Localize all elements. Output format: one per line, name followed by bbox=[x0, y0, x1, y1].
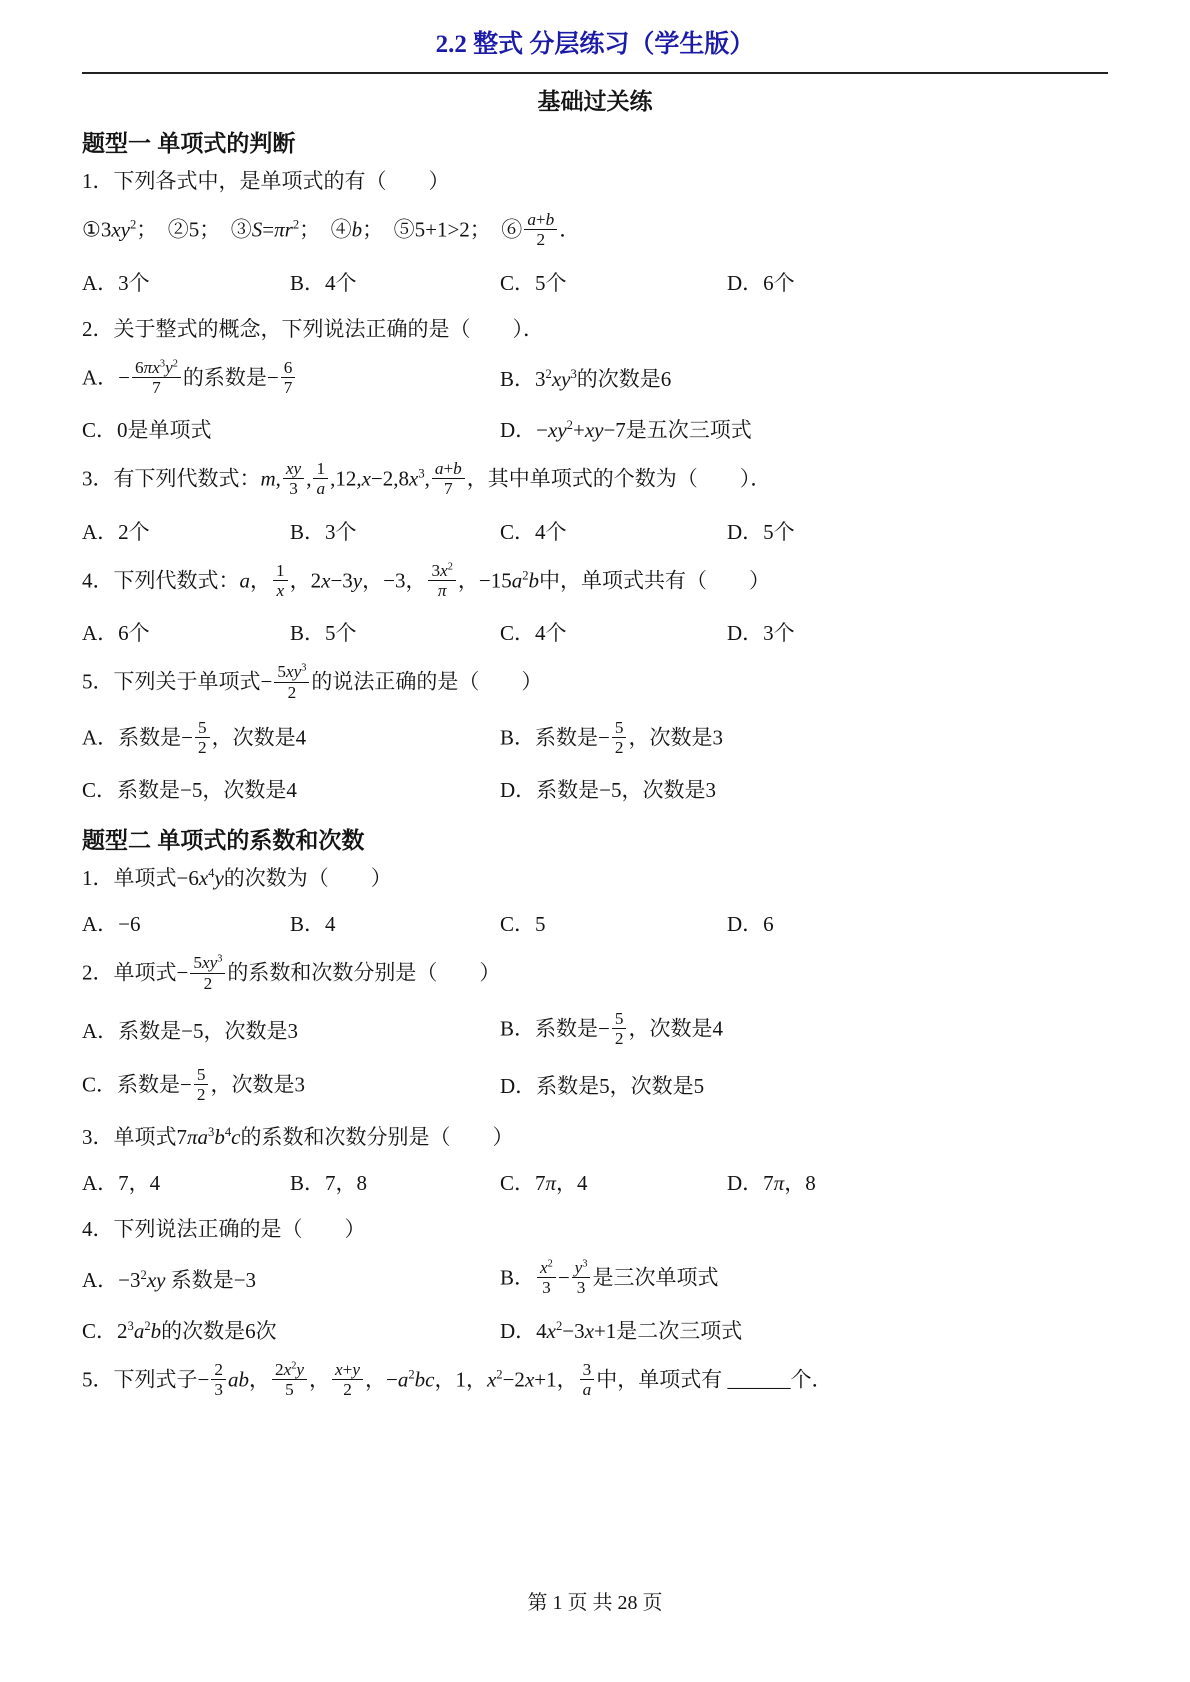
t2-q2-options-row2: C．系数是−52，次数是3 D．系数是5，次数是5 bbox=[82, 1067, 1108, 1107]
option-d: D．−xy2+xy−7是五次三项式 bbox=[500, 415, 1108, 445]
option-b: B．7，8 bbox=[290, 1168, 500, 1198]
option-c: C．5 bbox=[500, 909, 727, 939]
option-a: A．−6 bbox=[82, 909, 290, 939]
t2-q4-stem: 4．下列说法正确的是（ ） bbox=[82, 1214, 1108, 1244]
option-c: C．系数是−52，次数是3 bbox=[82, 1067, 500, 1107]
t1-q5-options-row2: C．系数是−5，次数是4 D．系数是−5，次数是3 bbox=[82, 775, 1108, 805]
option-b: B．32xy3的次数是6 bbox=[500, 364, 1108, 394]
option-b: B．x23−y33是三次单项式 bbox=[500, 1260, 1108, 1300]
option-c: C．4个 bbox=[500, 618, 727, 648]
t2-q5-stem: 5．下列式子−23ab，2x2y5，x+y2，−a2bc，1，x2−2x+1，3… bbox=[82, 1362, 1108, 1402]
option-b: B．4个 bbox=[290, 268, 500, 298]
option-a: A．2个 bbox=[82, 517, 290, 547]
t1-q1-options: A．3个 B．4个 C．5个 D．6个 bbox=[82, 268, 1108, 298]
option-a: A．−6πx3y27的系数是−67 bbox=[82, 360, 500, 400]
option-b: B．3个 bbox=[290, 517, 500, 547]
title-divider bbox=[82, 72, 1108, 74]
t2-q1-options: A．−6 B．4 C．5 D．6 bbox=[82, 909, 1108, 939]
option-d: D．7π，8 bbox=[727, 1168, 1108, 1198]
option-d: D．6个 bbox=[727, 268, 1108, 298]
option-a: A．3个 bbox=[82, 268, 290, 298]
option-d: D．3个 bbox=[727, 618, 1108, 648]
option-a: A．−32xy 系数是−3 bbox=[82, 1265, 500, 1295]
section-heading: 基础过关练 bbox=[82, 86, 1108, 116]
t2-q1-stem: 1．单项式−6x4y的次数为（ ） bbox=[82, 863, 1108, 893]
option-d: D．系数是5，次数是5 bbox=[500, 1071, 1108, 1101]
t2-q2-options-row1: A．系数是−5，次数是3 B．系数是−52，次数是4 bbox=[82, 1011, 1108, 1051]
option-a: A．7，4 bbox=[82, 1168, 290, 1198]
t2-q3-stem: 3．单项式7πa3b4c的系数和次数分别是（ ） bbox=[82, 1122, 1108, 1152]
t1-q5-options-row1: A．系数是−52，次数是4 B．系数是−52，次数是3 bbox=[82, 720, 1108, 760]
option-c: C．系数是−5，次数是4 bbox=[82, 775, 500, 805]
option-d: D．系数是−5，次数是3 bbox=[500, 775, 1108, 805]
option-c: C．4个 bbox=[500, 517, 727, 547]
option-b: B．系数是−52，次数是4 bbox=[500, 1011, 1108, 1051]
t1-q2-options-row2: C．0是单项式 D．−xy2+xy−7是五次三项式 bbox=[82, 415, 1108, 445]
t1-q4-options: A．6个 B．5个 C．4个 D．3个 bbox=[82, 618, 1108, 648]
option-c: C．5个 bbox=[500, 268, 727, 298]
option-c: C．7π，4 bbox=[500, 1168, 727, 1198]
t1-q2-stem: 2．关于整式的概念，下列说法正确的是（ ）． bbox=[82, 314, 1108, 344]
option-d: D．4x2−3x+1是二次三项式 bbox=[500, 1316, 1108, 1346]
t2-q3-options: A．7，4 B．7，8 C．7π，4 D．7π，8 bbox=[82, 1168, 1108, 1198]
option-b: B．5个 bbox=[290, 618, 500, 648]
topic1-heading: 题型一 单项式的判断 bbox=[82, 128, 1108, 158]
t1-q1-stem: 1．下列各式中，是单项式的有（ ） bbox=[82, 166, 1108, 196]
page-footer: 第 1 页 共 28 页 bbox=[82, 1588, 1108, 1618]
worksheet-page: 2.2 整式 分层练习（学生版） 基础过关练 题型一 单项式的判断 1．下列各式… bbox=[0, 0, 1190, 1682]
option-c: C．0是单项式 bbox=[82, 415, 500, 445]
option-b: B．系数是−52，次数是3 bbox=[500, 720, 1108, 760]
option-b: B．4 bbox=[290, 909, 500, 939]
option-a: A．系数是−5，次数是3 bbox=[82, 1016, 500, 1046]
option-c: C．23a2b的次数是6次 bbox=[82, 1316, 500, 1346]
topic2-heading: 题型二 单项式的系数和次数 bbox=[82, 825, 1108, 855]
option-a: A．系数是−52，次数是4 bbox=[82, 720, 500, 760]
t1-q3-stem: 3．有下列代数式：m,xy3,1a,12,x−2,8x3,a+b7，其中单项式的… bbox=[82, 461, 1108, 501]
t2-q4-options-row2: C．23a2b的次数是6次 D．4x2−3x+1是二次三项式 bbox=[82, 1316, 1108, 1346]
t2-q4-options-row1: A．−32xy 系数是−3 B．x23−y33是三次单项式 bbox=[82, 1260, 1108, 1300]
option-d: D．5个 bbox=[727, 517, 1108, 547]
t2-q2-stem: 2．单项式−5xy32的系数和次数分别是（ ） bbox=[82, 955, 1108, 995]
t1-q4-stem: 4．下列代数式：a，1x，2x−3y，−3，3x2π，−15a2b中，单项式共有… bbox=[82, 563, 1108, 603]
option-d: D．6 bbox=[727, 909, 1108, 939]
option-a: A．6个 bbox=[82, 618, 290, 648]
t1-q1-formula: ①3xy2； ②5； ③S=πr2； ④b； ⑤5+1>2； ⑥a+b2． bbox=[82, 212, 1108, 252]
t1-q3-options: A．2个 B．3个 C．4个 D．5个 bbox=[82, 517, 1108, 547]
t1-q5-stem: 5．下列关于单项式−5xy32的说法正确的是（ ） bbox=[82, 664, 1108, 704]
page-title: 2.2 整式 分层练习（学生版） bbox=[82, 28, 1108, 62]
t1-q2-options-row1: A．−6πx3y27的系数是−67 B．32xy3的次数是6 bbox=[82, 360, 1108, 400]
